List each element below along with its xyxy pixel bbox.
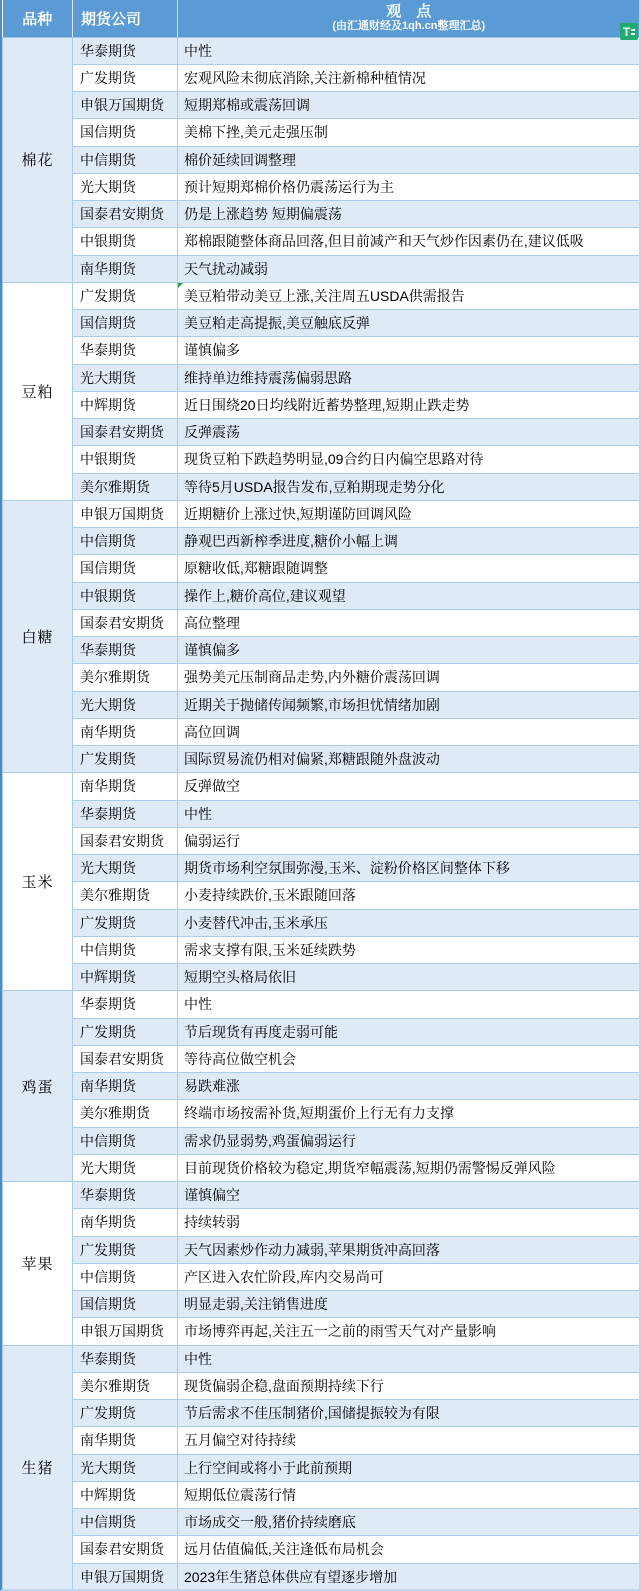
table-row: 国泰君安期货高位整理 bbox=[3, 609, 640, 636]
company-cell: 广发期货 bbox=[73, 1018, 178, 1045]
table-row: 南华期货高位回调 bbox=[3, 718, 640, 745]
view-cell: 反弹做空 bbox=[178, 773, 640, 800]
company-cell: 华泰期货 bbox=[73, 991, 178, 1018]
company-cell: 中信期货 bbox=[73, 146, 178, 173]
table-row: 华泰期货谨慎偏多 bbox=[3, 337, 640, 364]
table-row: 广发期货小麦替代冲击,玉米承压 bbox=[3, 909, 640, 936]
variety-cell: 棉花 bbox=[3, 37, 73, 282]
table-row: 美尔雅期货强势美元压制商品走势,内外糖价震荡回调 bbox=[3, 664, 640, 691]
view-cell: 产区进入农忙阶段,库内交易尚可 bbox=[178, 1263, 640, 1290]
header-view-subtitle: (由汇通财经及1qh.cn整理汇总) bbox=[178, 20, 640, 33]
table-row: 中信期货棉价延续回调整理 bbox=[3, 146, 640, 173]
view-cell: 美豆粕带动美豆上涨,关注周五USDA供需报告 bbox=[178, 282, 640, 309]
table-row: 中银期货现货豆粕下跌趋势明显,09合约日内偏空思路对待 bbox=[3, 446, 640, 473]
table-row: 广发期货国际贸易流仍相对偏紧,郑糖跟随外盘波动 bbox=[3, 746, 640, 773]
table-row: 广发期货节后需求不佳压制猪价,国储提振较为有限 bbox=[3, 1400, 640, 1427]
view-cell: 终端市场按需补货,短期蛋价上行无有力支撑 bbox=[178, 1100, 640, 1127]
view-cell: 反弹震荡 bbox=[178, 419, 640, 446]
table-row: 广发期货节后现货有再度走弱可能 bbox=[3, 1018, 640, 1045]
company-cell: 南华期货 bbox=[73, 718, 178, 745]
view-cell: 宏观风险未彻底消除,关注新棉种植情况 bbox=[178, 64, 640, 91]
table-row: 中信期货静观巴西新榨季进度,糖价小幅上调 bbox=[3, 528, 640, 555]
table-row: 中银期货郑棉跟随整体商品回落,但目前减产和天气炒作因素仍在,建议低吸 bbox=[3, 228, 640, 255]
table-row: 中辉期货近日围绕20日均线附近蓄势整理,短期止跌走势 bbox=[3, 391, 640, 418]
view-cell: 郑棉跟随整体商品回落,但目前减产和天气炒作因素仍在,建议低吸 bbox=[178, 228, 640, 255]
view-cell: 等待5月USDA报告发布,豆粕期现走势分化 bbox=[178, 473, 640, 500]
header-variety: 品种 bbox=[3, 0, 73, 37]
table-row: 国信期货原糖收低,郑糖跟随调整 bbox=[3, 555, 640, 582]
table-row: 光大期货预计短期郑棉价格仍震荡运行为主 bbox=[3, 173, 640, 200]
badge-letter: T bbox=[623, 26, 630, 38]
company-cell: 光大期货 bbox=[73, 173, 178, 200]
view-cell: 易跌难涨 bbox=[178, 1073, 640, 1100]
table-row: 棉花华泰期货中性 bbox=[3, 37, 640, 64]
variety-cell: 白糖 bbox=[3, 500, 73, 773]
table-row: 国信期货美棉下挫,美元走强压制 bbox=[3, 119, 640, 146]
company-cell: 广发期货 bbox=[73, 1400, 178, 1427]
view-cell: 天气因素炒作动力减弱,苹果期货冲高回落 bbox=[178, 1236, 640, 1263]
company-cell: 中辉期货 bbox=[73, 1481, 178, 1508]
view-cell: 明显走弱,关注销售进度 bbox=[178, 1291, 640, 1318]
table-row: 中信期货产区进入农忙阶段,库内交易尚可 bbox=[3, 1263, 640, 1290]
company-cell: 国信期货 bbox=[73, 119, 178, 146]
company-cell: 华泰期货 bbox=[73, 37, 178, 64]
header-company: 期货公司 bbox=[73, 0, 178, 37]
view-cell: 小麦持续跌价,玉米跟随回落 bbox=[178, 882, 640, 909]
variety-cell: 苹果 bbox=[3, 1182, 73, 1346]
company-cell: 中信期货 bbox=[73, 528, 178, 555]
company-cell: 申银万国期货 bbox=[73, 92, 178, 119]
table-row: 中信期货需求支撑有限,玉米延续跌势 bbox=[3, 936, 640, 963]
company-cell: 美尔雅期货 bbox=[73, 882, 178, 909]
table-row: 生猪华泰期货中性 bbox=[3, 1345, 640, 1372]
green-t-badge-icon: T bbox=[620, 23, 638, 40]
company-cell: 美尔雅期货 bbox=[73, 473, 178, 500]
view-cell: 谨慎偏空 bbox=[178, 1182, 640, 1209]
table-row: 玉米南华期货反弹做空 bbox=[3, 773, 640, 800]
table-row: 美尔雅期货现货偏弱企稳,盘面预期持续下行 bbox=[3, 1372, 640, 1399]
table-header-row: 品种 期货公司 观 点 (由汇通财经及1qh.cn整理汇总) bbox=[3, 0, 640, 37]
variety-cell: 鸡蛋 bbox=[3, 991, 73, 1182]
variety-cell: 生猪 bbox=[3, 1345, 73, 1590]
view-cell: 节后现货有再度走弱可能 bbox=[178, 1018, 640, 1045]
view-cell: 短期空头格局依旧 bbox=[178, 964, 640, 991]
view-cell: 操作上,糖价高位,建议观望 bbox=[178, 582, 640, 609]
company-cell: 广发期货 bbox=[73, 1236, 178, 1263]
view-cell: 市场成交一般,猪价持续磨底 bbox=[178, 1509, 640, 1536]
comment-marker-icon bbox=[178, 283, 183, 288]
view-cell: 短期低位震荡行情 bbox=[178, 1481, 640, 1508]
company-cell: 国泰君安期货 bbox=[73, 609, 178, 636]
table-row: 国泰君安期货远月估值偏低,关注逢低布局机会 bbox=[3, 1536, 640, 1563]
table-row: 国泰君安期货偏弱运行 bbox=[3, 827, 640, 854]
view-cell: 需求仍显弱势,鸡蛋偏弱运行 bbox=[178, 1127, 640, 1154]
table-row: 中辉期货短期低位震荡行情 bbox=[3, 1481, 640, 1508]
table-row: 南华期货持续转弱 bbox=[3, 1209, 640, 1236]
table-row: 广发期货宏观风险未彻底消除,关注新棉种植情况 bbox=[3, 64, 640, 91]
company-cell: 华泰期货 bbox=[73, 800, 178, 827]
table-row: 华泰期货中性 bbox=[3, 800, 640, 827]
table-body: 棉花华泰期货中性广发期货宏观风险未彻底消除,关注新棉种植情况申银万国期货短期郑棉… bbox=[3, 37, 640, 1590]
view-cell: 美棉下挫,美元走强压制 bbox=[178, 119, 640, 146]
views-table: 品种 期货公司 观 点 (由汇通财经及1qh.cn整理汇总) 棉花华泰期货中性广… bbox=[2, 0, 640, 1591]
table-row: 国泰君安期货反弹震荡 bbox=[3, 419, 640, 446]
company-cell: 中辉期货 bbox=[73, 964, 178, 991]
view-cell: 需求支撑有限,玉米延续跌势 bbox=[178, 936, 640, 963]
view-cell: 短期郑棉或震荡回调 bbox=[178, 92, 640, 119]
view-cell: 国际贸易流仍相对偏紧,郑糖跟随外盘波动 bbox=[178, 746, 640, 773]
header-view-title: 观 点 bbox=[178, 3, 640, 20]
table-row: 光大期货维持单边维持震荡偏弱思路 bbox=[3, 364, 640, 391]
view-cell: 节后需求不佳压制猪价,国储提振较为有限 bbox=[178, 1400, 640, 1427]
company-cell: 广发期货 bbox=[73, 64, 178, 91]
badge-dashes-icon bbox=[631, 29, 635, 31]
table-row: 美尔雅期货终端市场按需补货,短期蛋价上行无有力支撑 bbox=[3, 1100, 640, 1127]
company-cell: 国信期货 bbox=[73, 310, 178, 337]
view-cell: 等待高位做空机会 bbox=[178, 1045, 640, 1072]
company-cell: 南华期货 bbox=[73, 1209, 178, 1236]
table-row: 豆粕广发期货美豆粕带动美豆上涨,关注周五USDA供需报告 bbox=[3, 282, 640, 309]
company-cell: 华泰期货 bbox=[73, 1182, 178, 1209]
view-cell: 天气扰动减弱 bbox=[178, 255, 640, 282]
view-cell: 目前现货价格较为稳定,期货窄幅震荡,短期仍需警惕反弹风险 bbox=[178, 1154, 640, 1181]
company-cell: 华泰期货 bbox=[73, 1345, 178, 1372]
view-cell: 高位回调 bbox=[178, 718, 640, 745]
table-row: 光大期货近期关于抛储传闻频繁,市场担忧情绪加剧 bbox=[3, 691, 640, 718]
variety-cell: 豆粕 bbox=[3, 282, 73, 500]
table-row: 国信期货明显走弱,关注销售进度 bbox=[3, 1291, 640, 1318]
company-cell: 中信期货 bbox=[73, 936, 178, 963]
view-cell: 高位整理 bbox=[178, 609, 640, 636]
company-cell: 国泰君安期货 bbox=[73, 419, 178, 446]
company-cell: 美尔雅期货 bbox=[73, 1372, 178, 1399]
company-cell: 中银期货 bbox=[73, 228, 178, 255]
table-row: 白糖申银万国期货近期糖价上涨过快,短期谨防回调风险 bbox=[3, 500, 640, 527]
view-cell: 现货豆粕下跌趋势明显,09合约日内偏空思路对待 bbox=[178, 446, 640, 473]
view-cell: 维持单边维持震荡偏弱思路 bbox=[178, 364, 640, 391]
table-row: 申银万国期货短期郑棉或震荡回调 bbox=[3, 92, 640, 119]
view-cell: 近日围绕20日均线附近蓄势整理,短期止跌走势 bbox=[178, 391, 640, 418]
view-cell: 上行空间或将小于此前预期 bbox=[178, 1454, 640, 1481]
table-row: 光大期货目前现货价格较为稳定,期货窄幅震荡,短期仍需警惕反弹风险 bbox=[3, 1154, 640, 1181]
company-cell: 华泰期货 bbox=[73, 337, 178, 364]
company-cell: 广发期货 bbox=[73, 282, 178, 309]
table-row: 国泰君安期货仍是上涨趋势 短期偏震荡 bbox=[3, 201, 640, 228]
company-cell: 广发期货 bbox=[73, 746, 178, 773]
company-cell: 国泰君安期货 bbox=[73, 201, 178, 228]
table-row: 中辉期货短期空头格局依旧 bbox=[3, 964, 640, 991]
company-cell: 申银万国期货 bbox=[73, 1318, 178, 1345]
table-row: 国泰君安期货等待高位做空机会 bbox=[3, 1045, 640, 1072]
header-view: 观 点 (由汇通财经及1qh.cn整理汇总) bbox=[178, 0, 640, 37]
company-cell: 光大期货 bbox=[73, 855, 178, 882]
table-row: 光大期货期货市场利空氛围弥漫,玉米、淀粉价格区间整体下移 bbox=[3, 855, 640, 882]
company-cell: 美尔雅期货 bbox=[73, 1100, 178, 1127]
table-row: 美尔雅期货小麦持续跌价,玉米跟随回落 bbox=[3, 882, 640, 909]
table-row: 申银万国期货2023年生猪总体供应有望逐步增加 bbox=[3, 1563, 640, 1590]
table-row: 华泰期货谨慎偏多 bbox=[3, 637, 640, 664]
table-row: 苹果华泰期货谨慎偏空 bbox=[3, 1182, 640, 1209]
company-cell: 中信期货 bbox=[73, 1263, 178, 1290]
view-cell: 期货市场利空氛围弥漫,玉米、淀粉价格区间整体下移 bbox=[178, 855, 640, 882]
company-cell: 光大期货 bbox=[73, 691, 178, 718]
table-row: 中银期货操作上,糖价高位,建议观望 bbox=[3, 582, 640, 609]
table-row: 美尔雅期货等待5月USDA报告发布,豆粕期现走势分化 bbox=[3, 473, 640, 500]
view-cell: 2023年生猪总体供应有望逐步增加 bbox=[178, 1563, 640, 1590]
table-row: 申银万国期货市场博弈再起,关注五一之前的雨雪天气对产量影响 bbox=[3, 1318, 640, 1345]
company-cell: 南华期货 bbox=[73, 1073, 178, 1100]
company-cell: 国信期货 bbox=[73, 1291, 178, 1318]
table-row: 光大期货上行空间或将小于此前预期 bbox=[3, 1454, 640, 1481]
view-cell: 偏弱运行 bbox=[178, 827, 640, 854]
company-cell: 国泰君安期货 bbox=[73, 1045, 178, 1072]
company-cell: 南华期货 bbox=[73, 773, 178, 800]
futures-views-table: T 品种 期货公司 观 点 (由汇通财经及1qh.cn整理汇总) 棉花华泰期货中… bbox=[0, 0, 641, 1591]
view-cell: 静观巴西新榨季进度,糖价小幅上调 bbox=[178, 528, 640, 555]
company-cell: 申银万国期货 bbox=[73, 1563, 178, 1590]
company-cell: 华泰期货 bbox=[73, 637, 178, 664]
company-cell: 光大期货 bbox=[73, 1454, 178, 1481]
view-cell: 谨慎偏多 bbox=[178, 337, 640, 364]
view-cell: 持续转弱 bbox=[178, 1209, 640, 1236]
company-cell: 南华期货 bbox=[73, 1427, 178, 1454]
view-cell: 近期糖价上涨过快,短期谨防回调风险 bbox=[178, 500, 640, 527]
company-cell: 广发期货 bbox=[73, 909, 178, 936]
company-cell: 中信期货 bbox=[73, 1127, 178, 1154]
company-cell: 中信期货 bbox=[73, 1509, 178, 1536]
table-row: 南华期货易跌难涨 bbox=[3, 1073, 640, 1100]
view-cell: 中性 bbox=[178, 1345, 640, 1372]
view-cell: 原糖收低,郑糖跟随调整 bbox=[178, 555, 640, 582]
view-cell: 仍是上涨趋势 短期偏震荡 bbox=[178, 201, 640, 228]
view-cell: 强势美元压制商品走势,内外糖价震荡回调 bbox=[178, 664, 640, 691]
company-cell: 申银万国期货 bbox=[73, 500, 178, 527]
table-row: 广发期货天气因素炒作动力减弱,苹果期货冲高回落 bbox=[3, 1236, 640, 1263]
table-row: 南华期货天气扰动减弱 bbox=[3, 255, 640, 282]
company-cell: 光大期货 bbox=[73, 364, 178, 391]
view-cell: 中性 bbox=[178, 991, 640, 1018]
view-cell: 中性 bbox=[178, 37, 640, 64]
view-cell: 预计短期郑棉价格仍震荡运行为主 bbox=[178, 173, 640, 200]
view-cell: 近期关于抛储传闻频繁,市场担忧情绪加剧 bbox=[178, 691, 640, 718]
view-cell: 市场博弈再起,关注五一之前的雨雪天气对产量影响 bbox=[178, 1318, 640, 1345]
company-cell: 南华期货 bbox=[73, 255, 178, 282]
company-cell: 光大期货 bbox=[73, 1154, 178, 1181]
table-row: 鸡蛋华泰期货中性 bbox=[3, 991, 640, 1018]
table-row: 中信期货需求仍显弱势,鸡蛋偏弱运行 bbox=[3, 1127, 640, 1154]
view-cell: 五月偏空对待持续 bbox=[178, 1427, 640, 1454]
view-cell: 中性 bbox=[178, 800, 640, 827]
view-cell: 小麦替代冲击,玉米承压 bbox=[178, 909, 640, 936]
table-row: 中信期货市场成交一般,猪价持续磨底 bbox=[3, 1509, 640, 1536]
company-cell: 国泰君安期货 bbox=[73, 827, 178, 854]
table-row: 南华期货五月偏空对待持续 bbox=[3, 1427, 640, 1454]
view-cell: 远月估值偏低,关注逢低布局机会 bbox=[178, 1536, 640, 1563]
company-cell: 美尔雅期货 bbox=[73, 664, 178, 691]
table-row: 国信期货美豆粕走高提振,美豆触底反弹 bbox=[3, 310, 640, 337]
company-cell: 中辉期货 bbox=[73, 391, 178, 418]
view-cell: 棉价延续回调整理 bbox=[178, 146, 640, 173]
variety-cell: 玉米 bbox=[3, 773, 73, 991]
view-cell: 谨慎偏多 bbox=[178, 637, 640, 664]
company-cell: 中银期货 bbox=[73, 582, 178, 609]
company-cell: 中银期货 bbox=[73, 446, 178, 473]
company-cell: 国泰君安期货 bbox=[73, 1536, 178, 1563]
view-cell: 美豆粕走高提振,美豆触底反弹 bbox=[178, 310, 640, 337]
view-cell: 现货偏弱企稳,盘面预期持续下行 bbox=[178, 1372, 640, 1399]
company-cell: 国信期货 bbox=[73, 555, 178, 582]
